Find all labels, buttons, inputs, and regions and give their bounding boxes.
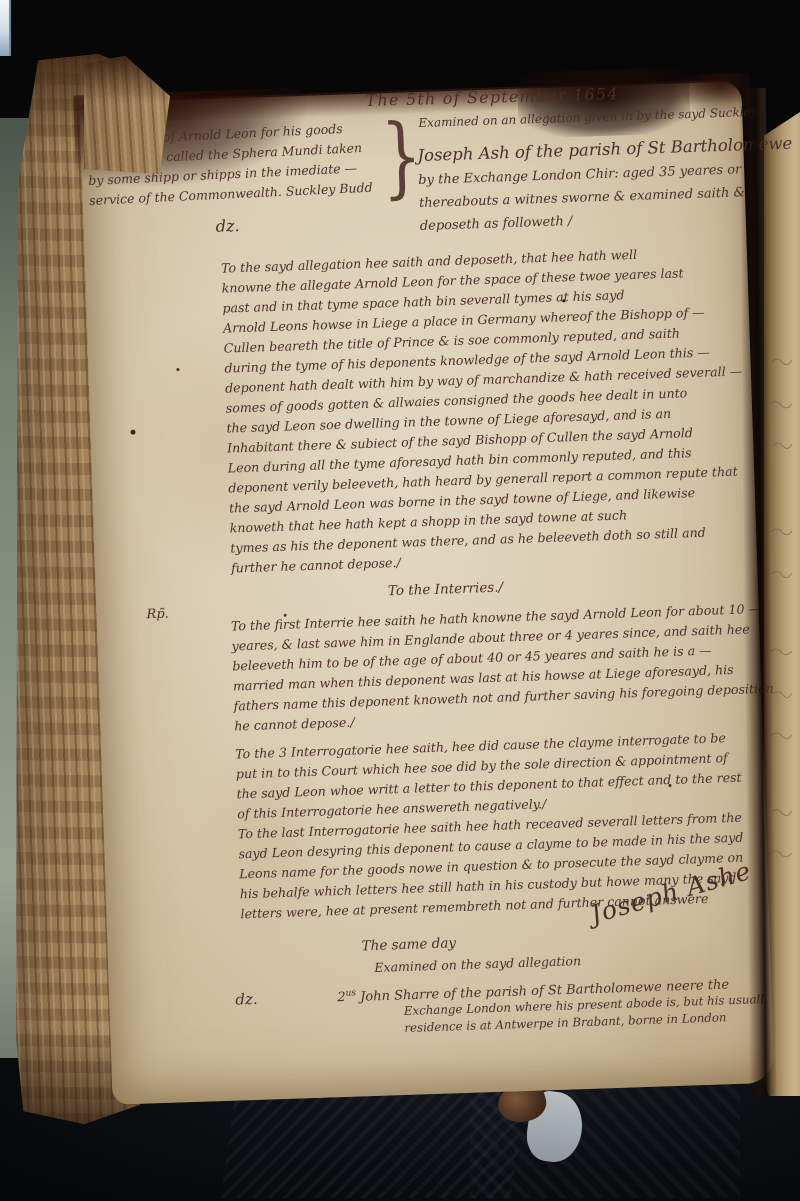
witness-intro: Joseph Ash of the parish of St Bartholom… xyxy=(417,130,795,238)
manuscript-page: The 5th of September 1654 The clayme of … xyxy=(80,81,775,1104)
examined-caption-2: Examined on the sayd allegation xyxy=(374,953,581,975)
notary-mark: dz. xyxy=(215,216,239,236)
handwriting-layer: The 5th of September 1654 The clayme of … xyxy=(80,81,775,1104)
interrogatory-first-answer: To the first Interrie hee saith he hath … xyxy=(231,599,775,737)
interrogatories-heading: To the Interries./ xyxy=(388,579,504,599)
same-day-caption: The same day xyxy=(361,935,456,954)
margin-reply-mark: Rp̃. xyxy=(146,607,169,623)
manuscript-photograph: The 5th of September 1654 The clayme of … xyxy=(0,0,800,1201)
page-edges-top-flap xyxy=(84,56,170,174)
witness-number: 2us xyxy=(337,990,356,1006)
second-witness-entry: 2us John Sharre of the parish of St Bart… xyxy=(337,975,765,1039)
examined-caption: Examined on an allegation given in by th… xyxy=(418,105,757,130)
allegation-answer: To the sayd allegation hee saith and dep… xyxy=(221,241,749,578)
background-light-sliver xyxy=(0,0,11,56)
notary-mark: dz. xyxy=(235,990,258,1009)
